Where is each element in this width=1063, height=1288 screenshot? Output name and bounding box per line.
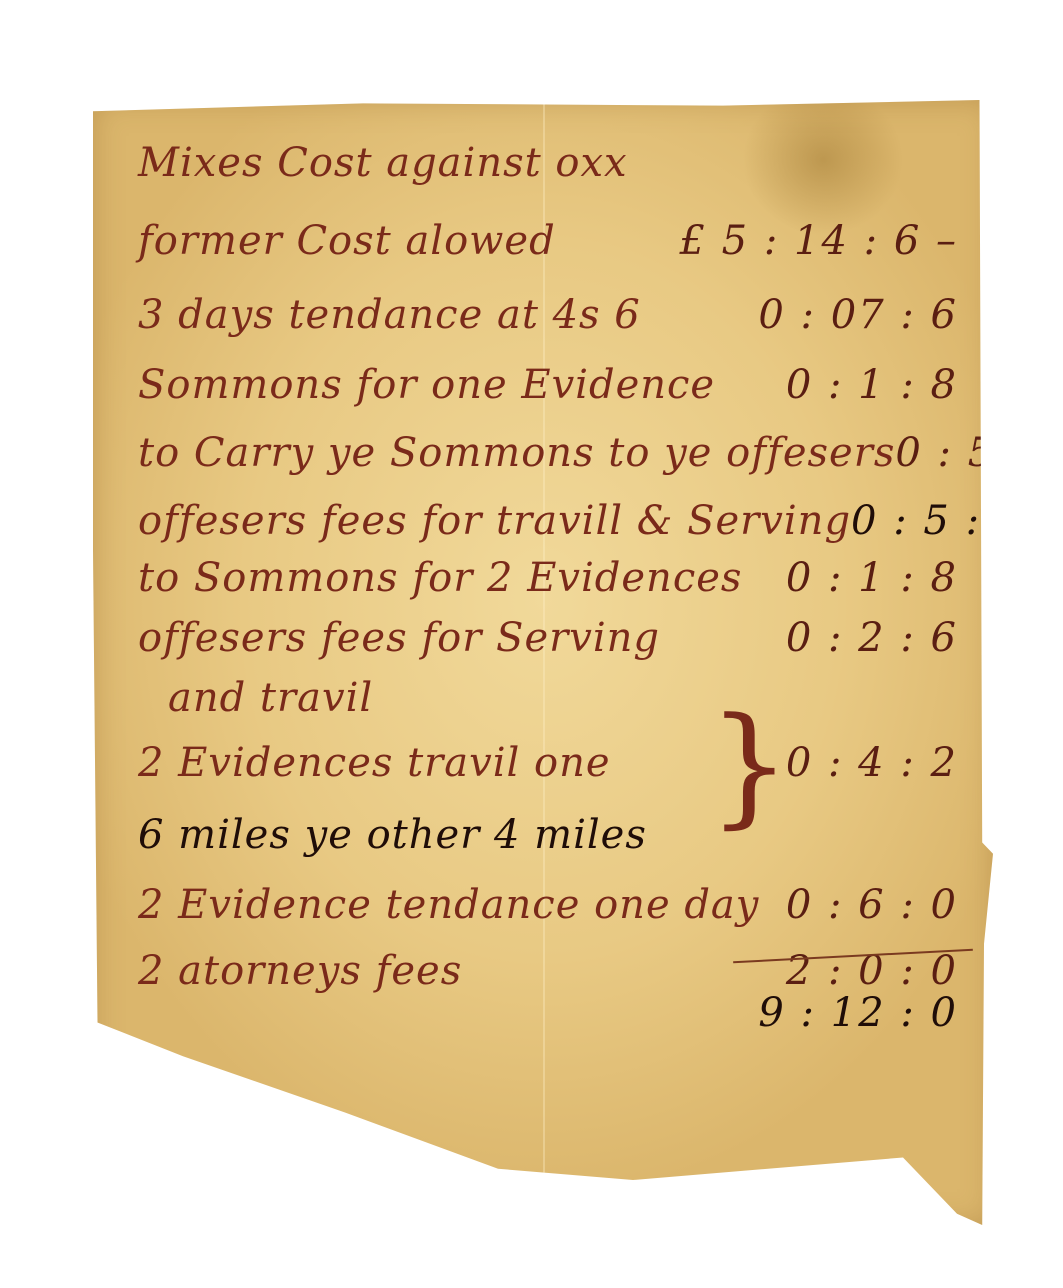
entry-row: to Carry ye Sommons to ye offesers 0 : 5… <box>138 430 958 476</box>
manuscript-page: Mixes Cost against oxx former Cost alowe… <box>93 100 993 1225</box>
document-title: Mixes Cost against oxx <box>138 140 958 186</box>
entry-row: offesers fees for Serving 0 : 2 : 6 <box>138 615 958 661</box>
entry-row: Sommons for one Evidence 0 : 1 : 8 <box>138 362 958 408</box>
entry-row: former Cost alowed £ 5 : 14 : 6 – <box>138 218 958 264</box>
paper-fold <box>543 100 545 1225</box>
entry-row-continuation: 6 miles ye other 4 miles <box>138 812 958 858</box>
entry-row: 2 Evidences travil one 0 : 4 : 2 <box>138 740 958 786</box>
entry-row: to Sommons for 2 Evidences 0 : 1 : 8 <box>138 555 958 601</box>
bracket-mark: } <box>708 700 791 830</box>
entry-row-continuation: and travil <box>168 675 988 721</box>
entry-row: 3 days tendance at 4s 6 0 : 07 : 6 <box>138 292 958 338</box>
entry-row: 2 Evidence tendance one day 0 : 6 : 0 <box>138 882 958 928</box>
entry-row: offesers fees for travill & Serving 0 : … <box>138 498 958 544</box>
total-row: 9 : 12 : 0 <box>138 990 958 1036</box>
